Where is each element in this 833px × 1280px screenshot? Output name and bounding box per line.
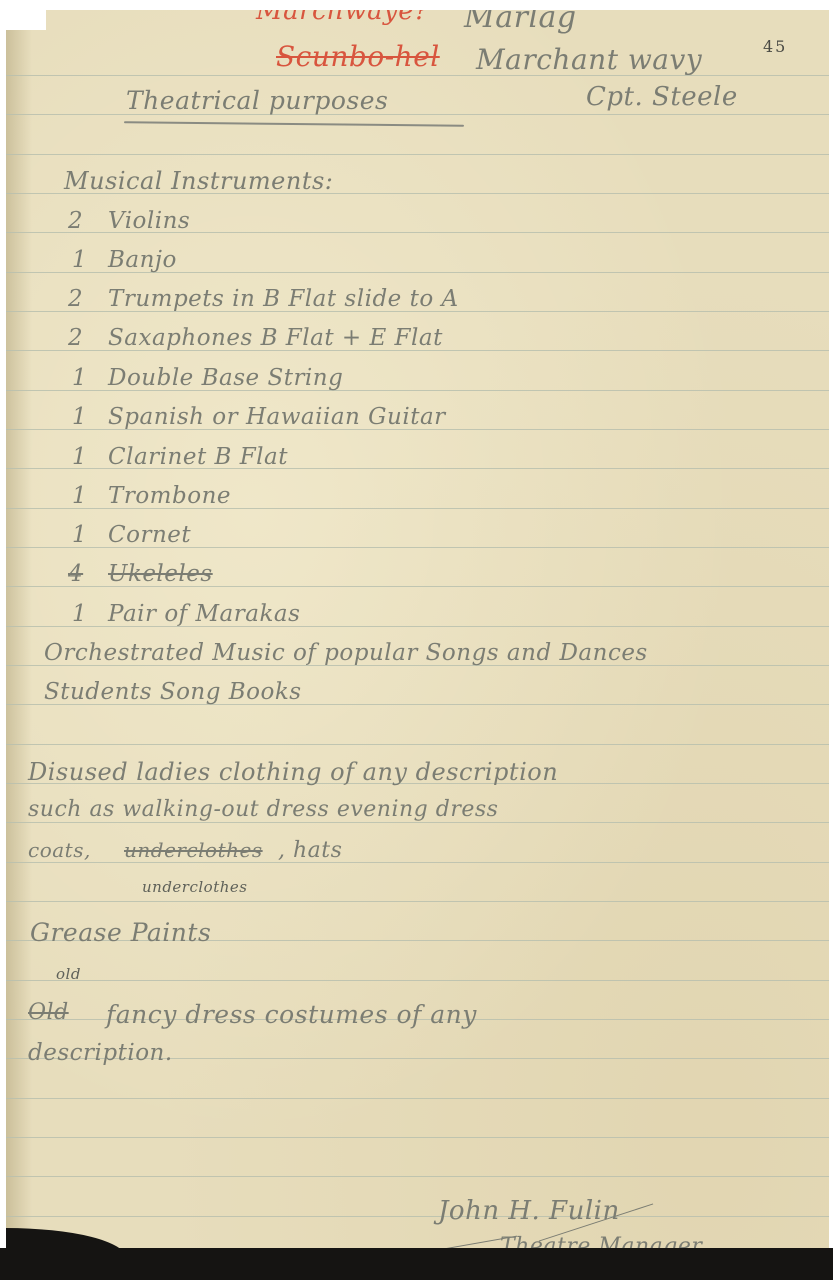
item-qty: 1 bbox=[72, 404, 87, 430]
page-title: Theatrical purposes bbox=[126, 86, 388, 115]
page-bottom-shadow bbox=[0, 1248, 833, 1280]
grease-paints-line: Grease Paints bbox=[30, 918, 211, 947]
item-qty: 1 bbox=[72, 365, 87, 391]
item-qty: 1 bbox=[72, 601, 87, 627]
item-label: Spanish or Hawaiian Guitar bbox=[108, 404, 446, 430]
item-qty: 1 bbox=[72, 522, 87, 548]
hats-text: , hats bbox=[278, 838, 342, 863]
page-number: 45 bbox=[763, 37, 787, 56]
item-qty: 2 bbox=[68, 286, 83, 312]
item-label: Saxaphones B Flat + E Flat bbox=[108, 325, 443, 351]
rule-line bbox=[6, 75, 829, 76]
rule-line bbox=[6, 862, 829, 863]
struck-underclothes: underclothes bbox=[124, 838, 263, 862]
red-annotation-1: Marchwaye? bbox=[256, 10, 429, 26]
item-qty: 4 bbox=[68, 561, 83, 587]
rule-line bbox=[6, 1137, 829, 1138]
clothing-line-2: such as walking-out dress evening dress bbox=[28, 797, 498, 822]
instruments-heading: Musical Instruments: bbox=[64, 167, 333, 195]
item-label: Double Base String bbox=[108, 365, 343, 391]
orchestrated-music-line: Orchestrated Music of popular Songs and … bbox=[44, 640, 648, 666]
ruled-lines bbox=[6, 10, 829, 1260]
pencil-annotation-steele: Cpt. Steele bbox=[586, 82, 738, 112]
item-qty: 1 bbox=[72, 483, 87, 509]
rule-line bbox=[6, 154, 829, 155]
item-label: Trombone bbox=[108, 483, 231, 509]
rule-line bbox=[6, 980, 829, 981]
rule-line bbox=[6, 744, 829, 745]
item-qty: 1 bbox=[72, 247, 87, 273]
rule-line bbox=[6, 822, 829, 823]
struck-old: Old bbox=[28, 1000, 69, 1025]
coats-text: coats, bbox=[28, 838, 91, 862]
old-insertion: old bbox=[56, 965, 81, 983]
notebook-page: Marchwaye? Marlag Scunbo-hel Marchant wa… bbox=[6, 10, 829, 1260]
signature-name: John H. Fulin bbox=[438, 1196, 620, 1226]
rule-line bbox=[6, 901, 829, 902]
item-label: Violins bbox=[108, 208, 190, 234]
item-label: Ukeleles bbox=[108, 561, 213, 587]
item-label: Trumpets in B Flat slide to A bbox=[108, 286, 459, 312]
item-label: Banjo bbox=[108, 247, 177, 273]
item-label: Cornet bbox=[108, 522, 191, 548]
item-label: Pair of Marakas bbox=[108, 601, 300, 627]
pencil-annotation-marchant: Marchant wavy bbox=[476, 43, 702, 76]
item-label: Clarinet B Flat bbox=[108, 444, 288, 470]
rule-line bbox=[6, 1176, 829, 1177]
clothing-line-1: Disused ladies clothing of any descripti… bbox=[28, 758, 558, 786]
underclothes-insertion: underclothes bbox=[142, 878, 247, 896]
red-annotation-2-struck: Scunbo-hel bbox=[276, 40, 440, 73]
item-qty: 2 bbox=[68, 325, 83, 351]
item-qty: 1 bbox=[72, 444, 87, 470]
rule-line bbox=[6, 1098, 829, 1099]
costumes-line-2: description. bbox=[28, 1040, 173, 1066]
rule-line bbox=[6, 1216, 829, 1217]
pencil-annotation-marlag: Marlag bbox=[464, 10, 577, 35]
costumes-line-1: fancy dress costumes of any bbox=[106, 1000, 477, 1029]
song-books-line: Students Song Books bbox=[44, 679, 302, 705]
item-qty: 2 bbox=[68, 208, 83, 234]
